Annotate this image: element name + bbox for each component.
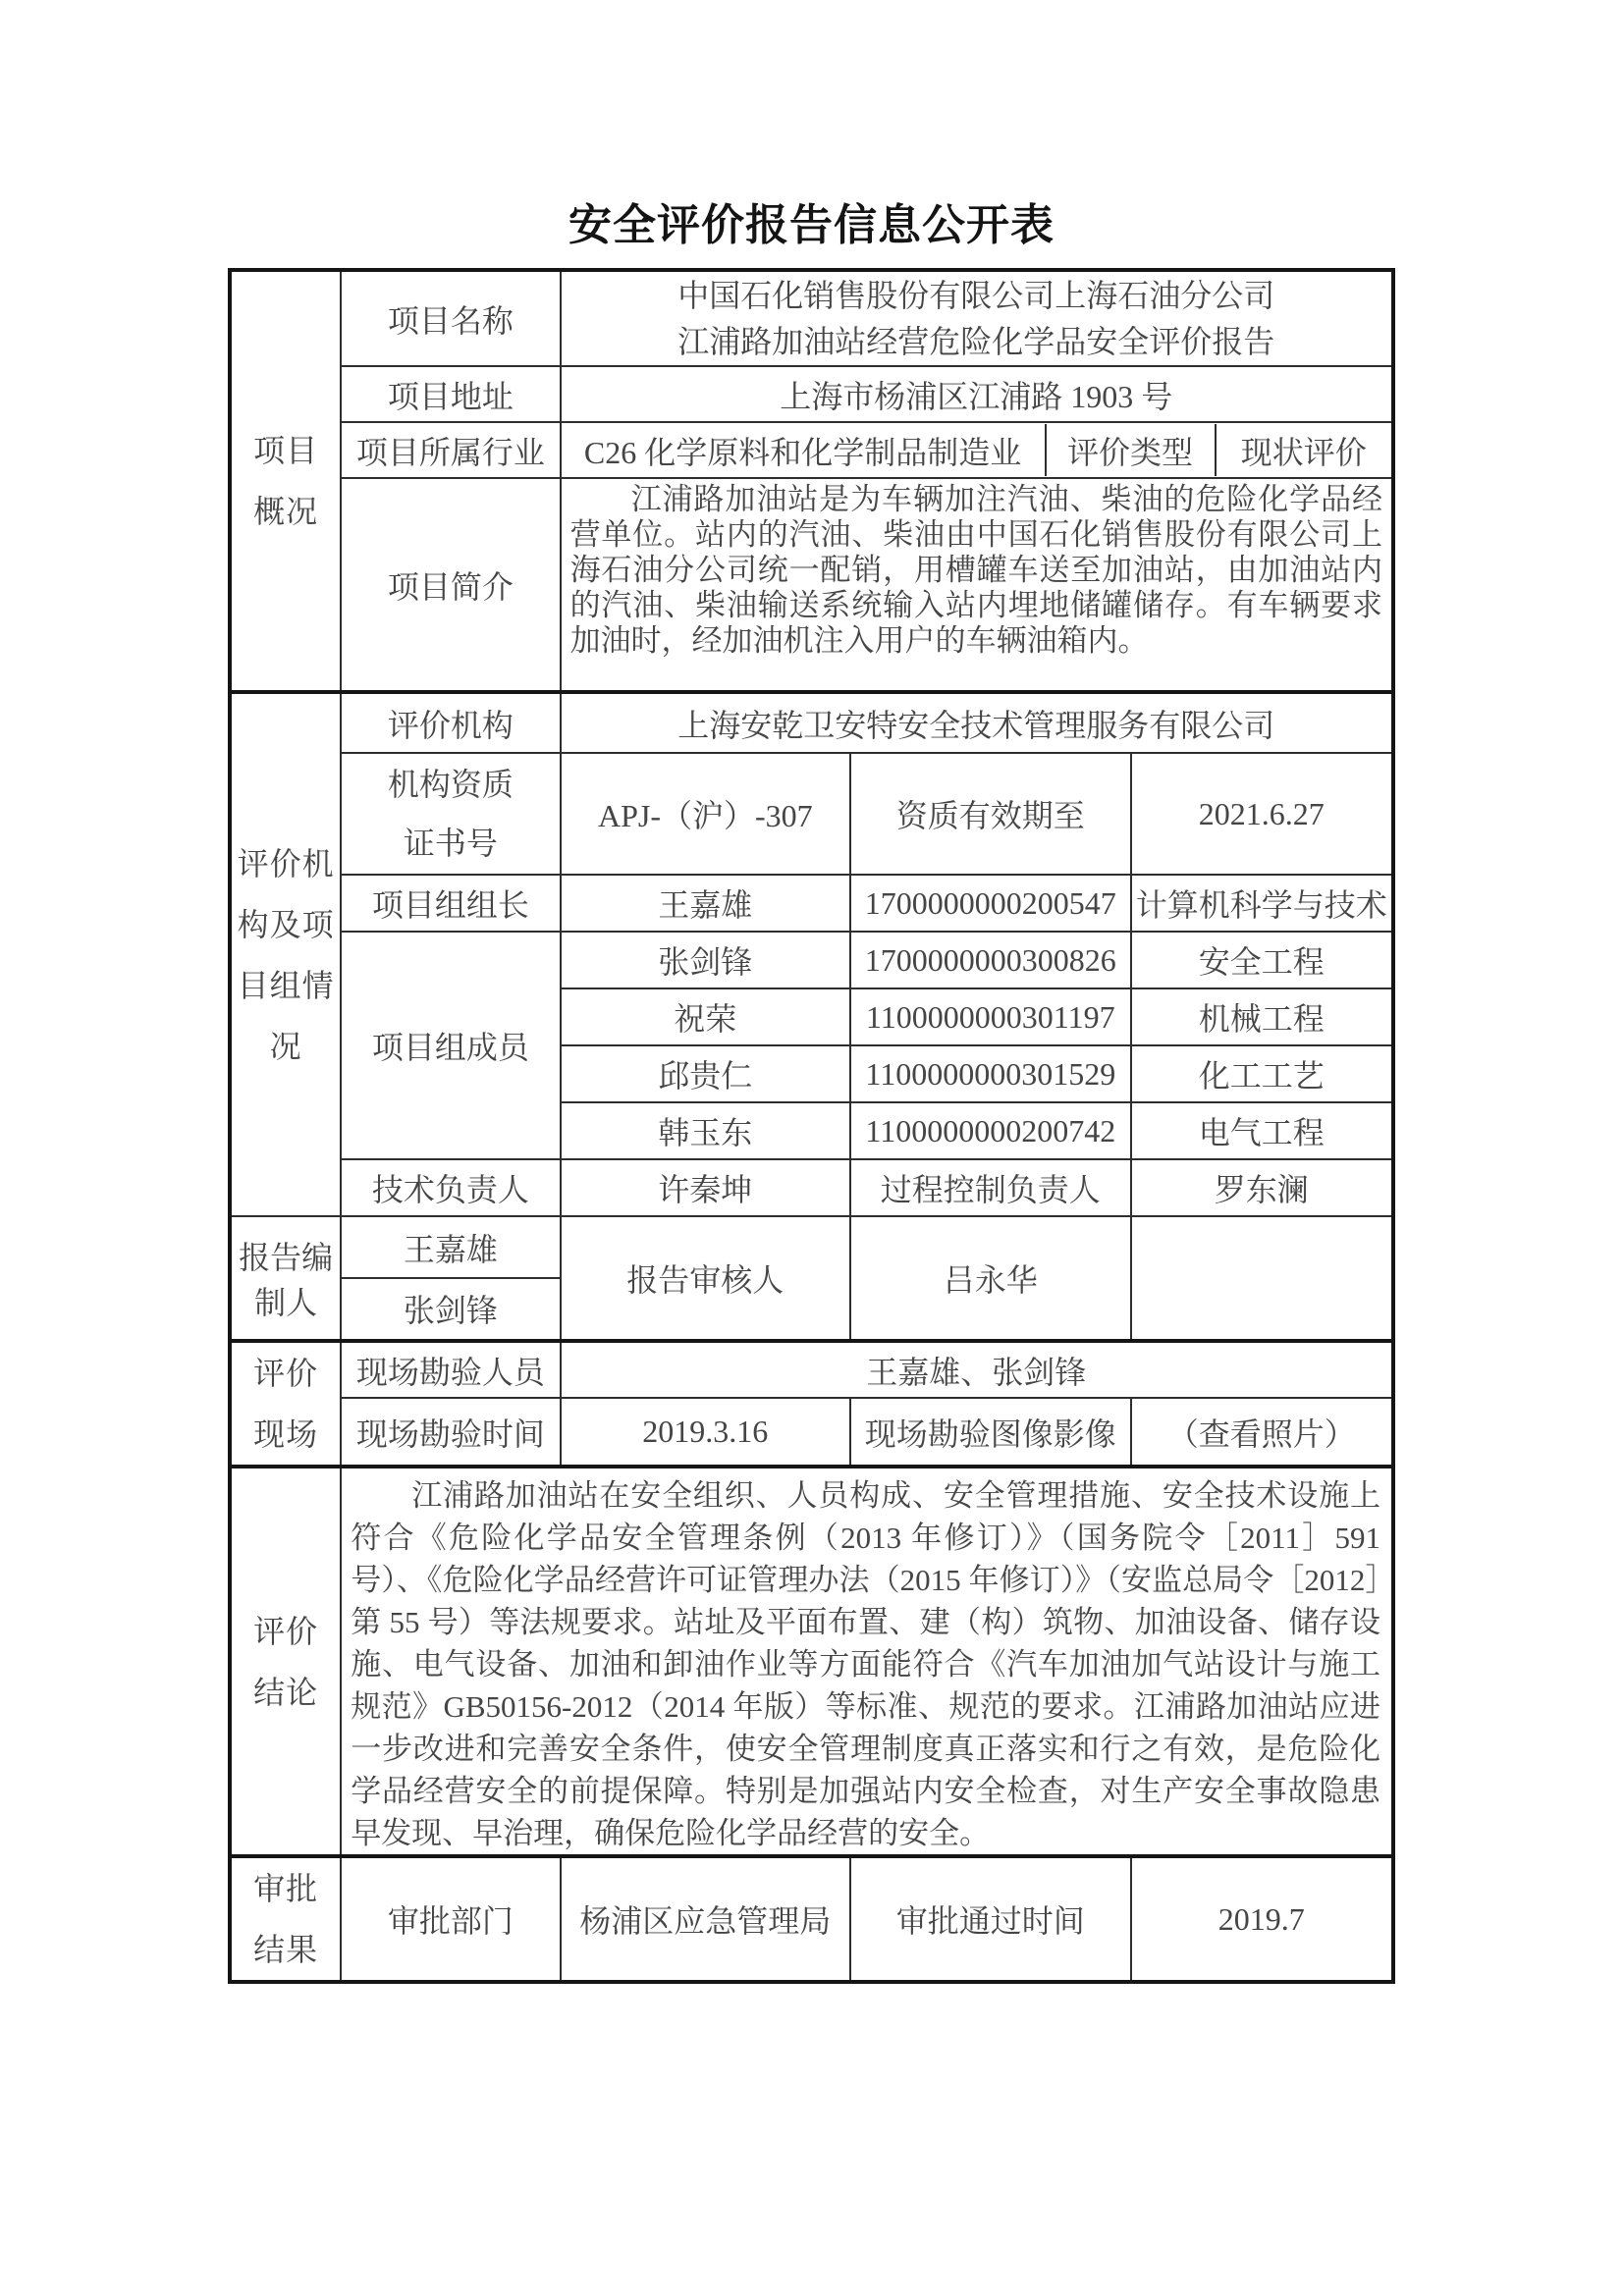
row-approval: 审批 结果 审批部门 杨浦区应急管理局 审批通过时间 2019.7: [230, 1856, 1393, 1982]
member-name: 张剑锋: [561, 932, 850, 988]
member-cert: 1100000000301197: [850, 988, 1130, 1045]
row-project-industry: 项目所属行业 C26 化学原料和化学制品制造业 评价类型 现状评价: [230, 422, 1393, 478]
member-cert: 1100000000301529: [850, 1045, 1130, 1102]
approval-time-label: 审批通过时间: [850, 1856, 1130, 1982]
member-name: 韩玉东: [561, 1102, 850, 1159]
conclusion-text: 江浦路加油站在安全组织、人员构成、安全管理措施、安全技术设施上符合《危险化学品安…: [341, 1467, 1393, 1856]
team-leader-name: 王嘉雄: [561, 875, 850, 932]
tech-lead-name: 许秦坤: [561, 1159, 850, 1216]
row-agency: 评价机 构及项 目组情 况 评价机构 上海安乾卫安特安全技术管理服务有限公司: [230, 692, 1393, 753]
report-reviewer-label: 报告审核人: [561, 1216, 850, 1341]
section-label-agency: 评价机 构及项 目组情 况: [230, 692, 341, 1216]
member-major: 化工工艺: [1131, 1045, 1393, 1102]
row-project-address: 项目地址 上海市杨浦区江浦路 1903 号: [230, 366, 1393, 422]
agency-cert-label: 机构资质 证书号: [341, 753, 560, 875]
member-major: 安全工程: [1131, 932, 1393, 988]
report-author-name: 王嘉雄: [342, 1218, 559, 1278]
row-site-staff: 评价 现场 现场勘验人员 王嘉雄、张剑锋: [230, 1341, 1393, 1398]
site-media-label: 现场勘验图像影像: [850, 1398, 1130, 1467]
report-authors-cells: 王嘉雄 张剑锋: [341, 1216, 560, 1341]
eval-type-label: 评价类型: [1045, 424, 1217, 476]
row-conclusion: 评价 结论 江浦路加油站在安全组织、人员构成、安全管理措施、安全技术设施上符合《…: [230, 1467, 1393, 1856]
approval-dept-value: 杨浦区应急管理局: [561, 1856, 850, 1982]
site-staff-value: 王嘉雄、张剑锋: [561, 1341, 1393, 1398]
row-tech-lead: 技术负责人 许秦坤 过程控制负责人 罗东澜: [230, 1159, 1393, 1216]
site-time-label: 现场勘验时间: [341, 1398, 560, 1467]
tech-lead-label: 技术负责人: [341, 1159, 560, 1216]
cert-valid-label: 资质有效期至: [850, 753, 1130, 875]
site-media-link: （查看照片）: [1131, 1398, 1393, 1467]
member-major: 电气工程: [1131, 1102, 1393, 1159]
document-page: 安全评价报告信息公开表 项目 概况 项目名称 中国石化销售股份有限公司上海石油分…: [0, 0, 1623, 2296]
row-project-brief: 项目简介 江浦路加油站是为车辆加注汽油、柴油的危险化学品经营单位。站内的汽油、柴…: [230, 478, 1393, 692]
member-name: 祝荣: [561, 988, 850, 1045]
team-leader-cert: 1700000000200547: [850, 875, 1130, 932]
project-name-label: 项目名称: [341, 270, 560, 366]
approval-dept-label: 审批部门: [341, 1856, 560, 1982]
row-site-time: 现场勘验时间 2019.3.16 现场勘验图像影像 （查看照片）: [230, 1398, 1393, 1467]
row-team-member: 项目组成员 张剑锋 1700000000300826 安全工程: [230, 932, 1393, 988]
team-leader-major: 计算机科学与技术: [1131, 875, 1393, 932]
project-address-value: 上海市杨浦区江浦路 1903 号: [561, 366, 1393, 422]
member-name: 邱贵仁: [561, 1045, 850, 1102]
disclosure-table: 项目 概况 项目名称 中国石化销售股份有限公司上海石油分公司 江浦路加油站经营危…: [228, 268, 1395, 1984]
member-cert: 1700000000300826: [850, 932, 1130, 988]
member-major: 机械工程: [1131, 988, 1393, 1045]
report-author-name: 张剑锋: [342, 1277, 559, 1339]
report-reviewer-name: 吕永华: [850, 1216, 1130, 1341]
document-title: 安全评价报告信息公开表: [228, 201, 1395, 250]
eval-type-value: 现状评价: [1217, 424, 1391, 476]
project-industry-value: C26 化学原料和化学制品制造业: [562, 424, 1045, 476]
member-cert: 1100000000200742: [850, 1102, 1130, 1159]
project-brief-text: 江浦路加油站是为车辆加注汽油、柴油的危险化学品经营单位。站内的汽油、柴油由中国石…: [561, 478, 1393, 692]
approval-time-value: 2019.7: [1131, 1856, 1393, 1982]
section-label-approval: 审批 结果: [230, 1856, 341, 1982]
site-time-value: 2019.3.16: [561, 1398, 850, 1467]
site-staff-label: 现场勘验人员: [341, 1341, 560, 1398]
report-authors-label: 报告编制人: [230, 1216, 341, 1341]
project-industry-cells: C26 化学原料和化学制品制造业 评价类型 现状评价: [561, 422, 1393, 478]
row-report-authors: 报告编制人 王嘉雄 张剑锋 报告审核人 吕永华: [230, 1216, 1393, 1341]
row-project-name: 项目 概况 项目名称 中国石化销售股份有限公司上海石油分公司 江浦路加油站经营危…: [230, 270, 1393, 366]
section-label-site: 评价 现场: [230, 1341, 341, 1467]
process-lead-label: 过程控制负责人: [850, 1159, 1130, 1216]
row-agency-cert: 机构资质 证书号 APJ-（沪）-307 资质有效期至 2021.6.27: [230, 753, 1393, 875]
project-name-value: 中国石化销售股份有限公司上海石油分公司 江浦路加油站经营危险化学品安全评价报告: [561, 270, 1393, 366]
row-team-leader: 项目组组长 王嘉雄 1700000000200547 计算机科学与技术: [230, 875, 1393, 932]
agency-value: 上海安乾卫安特安全技术管理服务有限公司: [561, 692, 1393, 753]
process-lead-name: 罗东澜: [1131, 1159, 1393, 1216]
project-industry-label: 项目所属行业: [341, 422, 560, 478]
team-members-label: 项目组成员: [341, 932, 560, 1159]
cert-valid-date: 2021.6.27: [1131, 753, 1393, 875]
section-label-conclusion: 评价 结论: [230, 1467, 341, 1856]
team-leader-label: 项目组组长: [341, 875, 560, 932]
agency-label: 评价机构: [341, 692, 560, 753]
section-label-overview: 项目 概况: [230, 270, 341, 692]
agency-cert-no: APJ-（沪）-307: [561, 753, 850, 875]
project-brief-label: 项目简介: [341, 478, 560, 692]
project-address-label: 项目地址: [341, 366, 560, 422]
